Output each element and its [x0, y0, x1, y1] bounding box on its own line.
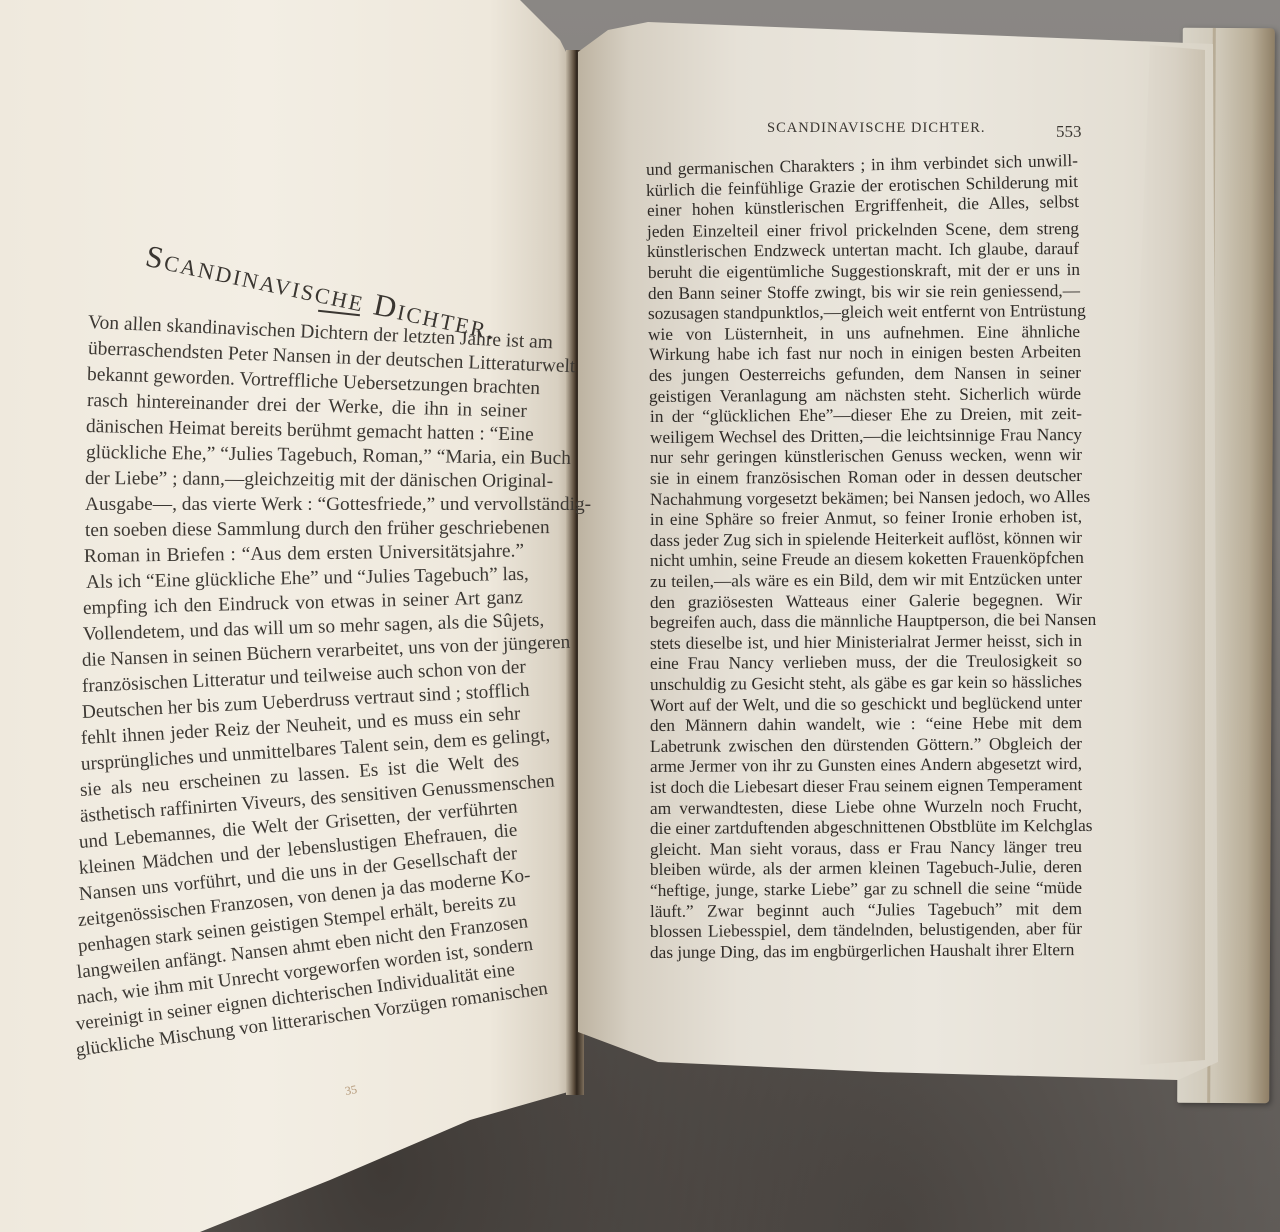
right-text-line: gleicht. Man sieht voraus, dass er Frau …: [650, 837, 1082, 860]
left-text-line: ten soeben diese Sammlung durch den früh…: [84, 517, 524, 542]
right-text-line: Labetrunk zwischen den dürstenden Götter…: [650, 734, 1082, 757]
right-text-line: läuft.” Zwar beginnt auch “Julies Tagebu…: [650, 899, 1082, 922]
left-text-line: Ausgabe—, das vierte Werk : “Gottesfried…: [85, 494, 525, 516]
right-text-line: in der “glücklichen Ehe”—dieser Ehe zu D…: [650, 404, 1082, 427]
right-text-line: zu teilen,—als wäre es ein Bild, dem wir…: [650, 569, 1082, 592]
running-head: SCANDINAVISCHE DICHTER.: [767, 120, 986, 137]
right-text-line: unschuldig zu Gesicht steht, als gäbe es…: [650, 672, 1082, 695]
right-text-line: künstlerischen Endzweck untertan macht. …: [647, 239, 1079, 262]
right-text-line: Wort auf der Welt, und die so geschickt …: [650, 693, 1082, 716]
right-text-line: nicht umhin, seine Freude an diesem koke…: [650, 548, 1082, 571]
right-text-line: in eine Sphäre so freier Anmut, so feine…: [650, 507, 1082, 530]
right-text-line: nur sehr geringen künstlerischen Genuss …: [650, 445, 1082, 468]
right-text-line: jeden Einzelteil einer frivol prickelnde…: [647, 219, 1079, 242]
right-text-line: beruht die eigentümliche Suggestionskraf…: [647, 260, 1079, 283]
right-text-line: den Männern dahin wandelt, wie : “eine H…: [650, 713, 1082, 736]
right-text-line: Wirkung habe ich fast nur noch in einige…: [649, 342, 1081, 365]
right-text-line: weiligem Wechsel des Dritten,—die leicht…: [650, 425, 1082, 448]
right-text-line: blossen Liebesspiel, dem tändelnden, bel…: [650, 919, 1082, 942]
right-text-line: arme Jermer von ihr zu Gunsten eines And…: [650, 754, 1082, 777]
right-text-line: sie in einem französischen Roman oder in…: [650, 466, 1082, 489]
right-text-line: wie von Lüsternheit, in uns aufnehmen. E…: [648, 322, 1080, 345]
right-text-line: Nachahmung vorgesetzt bekämen; bei Nanse…: [650, 487, 1082, 510]
right-text-line: stets dieselbe ist, und hier Ministerial…: [650, 631, 1082, 654]
right-text-line: den Bann seiner Stoffe zwingt, bis wir s…: [648, 281, 1080, 304]
left-text-line: der Liebe” ; dann,—gleichzeitig mit der …: [85, 468, 525, 493]
page-number: 553: [1056, 122, 1082, 142]
right-text-line: des jungen Oesterreichs gefunden, dem Na…: [649, 363, 1081, 386]
right-text-line: die einer zartduftenden abgeschnittenen …: [650, 816, 1082, 839]
right-text-line: dass jeder Zug sich in spielende Heiterk…: [650, 528, 1082, 551]
right-text-line: eine Frau Nancy verlieben muss, der die …: [650, 651, 1082, 674]
right-text-line: am verwandtesten, diese Liebe ohne Wurze…: [650, 796, 1082, 819]
right-text-line: geistigen Veranlagung am nächsten steht.…: [649, 384, 1081, 407]
right-text-line: sozusagen standpunktlos,—gleich weit ent…: [648, 301, 1080, 324]
signature-mark: 35: [344, 1082, 358, 1099]
right-text-line: bleiben würde, als der armen kleinen Tag…: [650, 857, 1082, 880]
right-text-line: das junge Ding, das im engbürgerlichen H…: [650, 940, 1075, 963]
right-text-line: ist doch die Liebesart dieser Frau seine…: [650, 775, 1082, 798]
right-text-line: begreifen auch, dass die männliche Haupt…: [650, 610, 1082, 633]
right-text-line: den graziösesten Watteaus einer Galerie …: [650, 590, 1082, 613]
right-text-line: “heftige, junge, starke Liebe” gar zu sc…: [650, 878, 1082, 901]
